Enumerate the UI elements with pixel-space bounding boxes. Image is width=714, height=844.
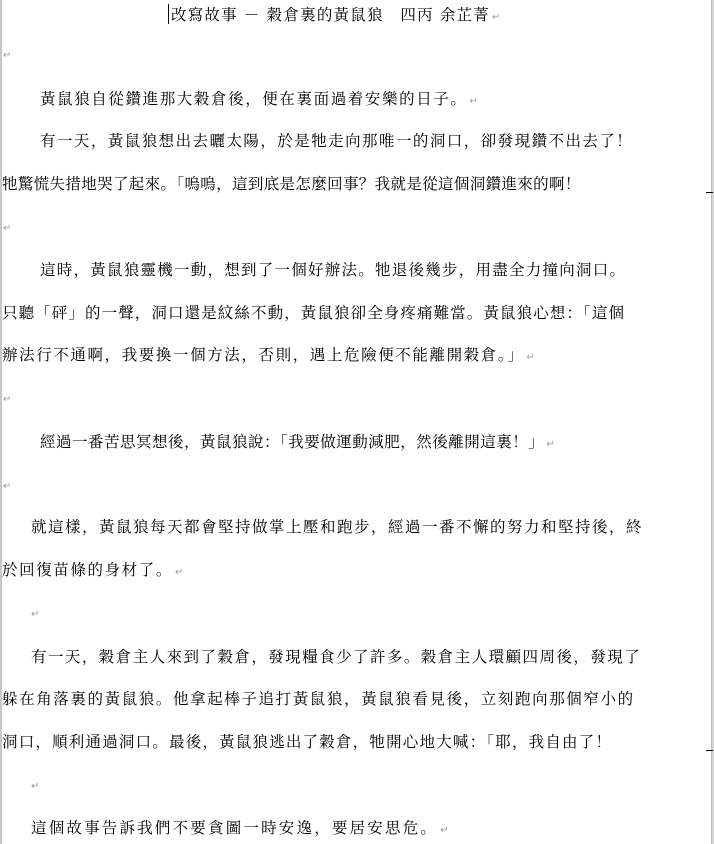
paragraph-line[interactable]: 經過一番苦思冥想後，黃鼠狼說：「我要做運動減肥，然後離開這裏！」↵ <box>40 432 555 455</box>
paragraph-text: 這個故事告訴我們不要貪圖一時安逸，要居安思危。 <box>31 819 438 837</box>
paragraph-text: 有一天，黃鼠狼想出去曬太陽，於是牠走向那唯一的洞口，卻發現鑽不出去了！ <box>40 132 633 150</box>
paragraph-line[interactable]: 躲在角落裏的黃鼠狼。他拿起棒子追打黃鼠狼，黃鼠狼看見後，立刻跑向那個窄小的 <box>2 689 635 709</box>
paragraph-line[interactable]: 就這樣，黃鼠狼每天都會堅持做掌上壓和跑步，經過一番不懈的努力和堅持後，終 <box>31 517 643 537</box>
paragraph-line[interactable]: 這時，黃鼠狼靈機一動，想到了一個好辦法。牠退後幾步，用盡全力撞向洞口。 <box>40 260 626 280</box>
paragraph-mark-icon: ↵ <box>470 96 478 107</box>
paragraph-mark-icon: ↵ <box>546 439 554 450</box>
paragraph-text: 於回復苗條的身材了。 <box>2 561 173 579</box>
paragraph-mark-icon: ↵ <box>492 12 500 23</box>
paragraph-line[interactable]: 洞口，順利通過洞口。最後，黃鼠狼逃出了穀倉，牠開心地大喊：「耶，我自由了！ <box>2 732 612 752</box>
paragraph-mark-icon: ↵ <box>175 567 183 578</box>
line-end-marker <box>706 750 713 751</box>
paragraph-mark-icon: ↵ <box>3 223 11 234</box>
paragraph-mark-icon: ↵ <box>440 825 448 836</box>
paragraph-mark-icon: ↵ <box>31 609 39 620</box>
paragraph-line[interactable]: 牠驚慌失措地哭了起來。「嗚嗚，這到底是怎麼回事？我就是從這個洞鑽進來的啊！ <box>2 174 581 194</box>
paragraph-text: 只聽「砰」的一聲，洞口還是紋絲不動，黃鼠狼卻全身疼痛難當。黃鼠狼心想：「這個 <box>2 304 625 322</box>
paragraph-line[interactable]: 只聽「砰」的一聲，洞口還是紋絲不動，黃鼠狼卻全身疼痛難當。黃鼠狼心想：「這個 <box>2 303 625 323</box>
paragraph-text: 有一天，穀倉主人來到了穀倉，發現糧食少了許多。穀倉主人環顧四周後，發現了 <box>31 648 641 666</box>
paragraph-mark-icon: ↵ <box>3 50 11 61</box>
paragraph-text: 經過一番苦思冥想後，黃鼠狼說：「我要做運動減肥，然後離開這裏！」 <box>40 433 544 451</box>
paragraph-line[interactable]: 於回復苗條的身材了。↵ <box>2 560 183 583</box>
paragraph-text: 洞口，順利通過洞口。最後，黃鼠狼逃出了穀倉，牠開心地大喊：「耶，我自由了！ <box>2 733 612 751</box>
paragraph-line[interactable]: 有一天，穀倉主人來到了穀倉，發現糧食少了許多。穀倉主人環顧四周後，發現了 <box>31 647 641 667</box>
paragraph-mark-icon: ↵ <box>3 481 11 492</box>
document-title-line[interactable]: 改寫故事 － 穀倉裏的黃鼠狼 四丙 余芷菁↵ <box>168 4 500 28</box>
paragraph-line[interactable]: 辦法行不通啊，我要換一個方法，否則，遇上危險便不能離開穀倉。」↵ <box>2 345 535 368</box>
paragraph-text: 牠驚慌失措地哭了起來。「嗚嗚，這到底是怎麼回事？我就是從這個洞鑽進來的啊！ <box>2 175 581 193</box>
paragraph-text: 黃鼠狼自從鑽進那大穀倉後，便在裏面過着安樂的日子。 <box>40 90 468 108</box>
paragraph-line[interactable]: 有一天，黃鼠狼想出去曬太陽，於是牠走向那唯一的洞口，卻發現鑽不出去了！ <box>40 131 633 151</box>
paragraph-line[interactable]: 黃鼠狼自從鑽進那大穀倉後，便在裏面過着安樂的日子。↵ <box>40 89 478 112</box>
document-title: 改寫故事 － 穀倉裏的黃鼠狼 四丙 余芷菁 <box>171 6 490 24</box>
paragraph-text: 躲在角落裏的黃鼠狼。他拿起棒子追打黃鼠狼，黃鼠狼看見後，立刻跑向那個窄小的 <box>2 690 635 708</box>
paragraph-line[interactable]: 這個故事告訴我們不要貪圖一時安逸，要居安思危。↵ <box>31 818 449 841</box>
paragraph-text: 這時，黃鼠狼靈機一動，想到了一個好辦法。牠退後幾步，用盡全力撞向洞口。 <box>40 261 626 279</box>
paragraph-text: 辦法行不通啊，我要換一個方法，否則，遇上危險便不能離開穀倉。」 <box>2 346 524 364</box>
text-cursor <box>168 4 169 24</box>
paragraph-text: 就這樣，黃鼠狼每天都會堅持做掌上壓和跑步，經過一番不懈的努力和堅持後，終 <box>31 518 643 536</box>
line-end-marker <box>706 192 713 193</box>
document-page[interactable]: 改寫故事 － 穀倉裏的黃鼠狼 四丙 余芷菁↵ ↵ 黃鼠狼自從鑽進那大穀倉後，便在… <box>2 0 711 844</box>
paragraph-mark-icon: ↵ <box>31 781 39 792</box>
paragraph-mark-icon: ↵ <box>526 352 534 363</box>
paragraph-mark-icon: ↵ <box>3 394 11 405</box>
